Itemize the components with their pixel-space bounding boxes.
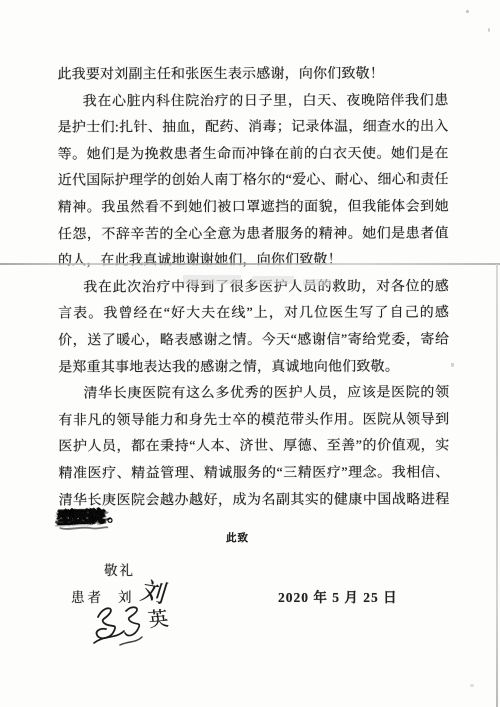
- letter-line: 是护士们:扎针、抽血，配药、消毒；记录体温，细查水的出入量等: [58, 115, 449, 143]
- letter-line: 是郑重其事地表达我的感谢之情，真诚地向他们致敬。: [58, 354, 449, 382]
- letter-line: 有非凡的领导能力和身先士卒的模范带头作用。医院从领导到每一位: [58, 407, 449, 435]
- scan-speck: [466, 10, 469, 13]
- closing-cizhi: 此致: [226, 530, 249, 545]
- letter-line: 任怨，不辞辛苦的全心全意为患者服务的精神。她们是患者值得尊敬: [58, 221, 449, 249]
- letter-line: 价，送了暖心，略表感谢之情。今天“感谢信”寄给党委，寄给院办，: [58, 327, 449, 355]
- smudged-period: 。: [107, 508, 124, 526]
- smudged-line: 型医院。: [58, 504, 124, 532]
- handwritten-signature-scribble-icon: [90, 601, 152, 649]
- letter-line: 的人，在此我真诚地谢谢她们，向你们致敬！: [58, 248, 449, 276]
- scan-artifact-vertical-line: [496, 264, 498, 707]
- letter-line: 近代国际护理学的创始人南丁格尔的“爱心、耐心、细心和责任心”的: [58, 168, 449, 196]
- scanned-letter-page: 此我要对刘副主任和张医生表示感谢，向你们致敬！ 我在心脏内科住院治疗的日子里，白…: [0, 0, 500, 707]
- letter-line: 此我要对刘副主任和张医生表示感谢，向你们致敬！: [57, 61, 448, 89]
- letter-line: 言表。我曾经在“好大夫在线”上，对几位医生写了自己的感受、评: [58, 301, 449, 329]
- scan-speck: [488, 28, 490, 32]
- letter-line: 我在此次治疗中得到了很多医护人员的救助，对各位的感谢益于: [58, 274, 449, 302]
- letter-body: 此我要对刘副主任和张医生表示感谢，向你们致敬！ 我在心脏内科住院治疗的日子里，白…: [57, 61, 449, 514]
- letter-line: 精神。我虽然看不到她们被口罩遮挡的面貌，但我能体会到她们任劳: [58, 194, 449, 222]
- closing-jingli: 敬礼: [104, 559, 135, 579]
- smudged-text: 型医院: [57, 505, 104, 533]
- letter-line: 清华长庚医院有这么多优秀的医护人员，应该是医院的领导人具: [58, 381, 449, 409]
- letter-line: 精准医疗、精益管理、精诚服务的“三精医疗”理念。我相信、我祝愿: [58, 460, 449, 488]
- scan-speck: [451, 363, 454, 367]
- letter-line: 我在心脏内科住院治疗的日子里，白天、夜晚陪伴我们患者主要: [57, 88, 448, 116]
- signature-date: 2020 年 5 月 25 日: [278, 586, 398, 606]
- letter-line: 医护人员，都在秉持“人本、济世、厚德、至善”的价值观，实践着: [58, 434, 449, 462]
- scan-speck: [470, 684, 474, 687]
- letter-line: 等。她们是为挽救患者生命而冲锋在前的白衣天使。她们是在践行着: [58, 141, 449, 169]
